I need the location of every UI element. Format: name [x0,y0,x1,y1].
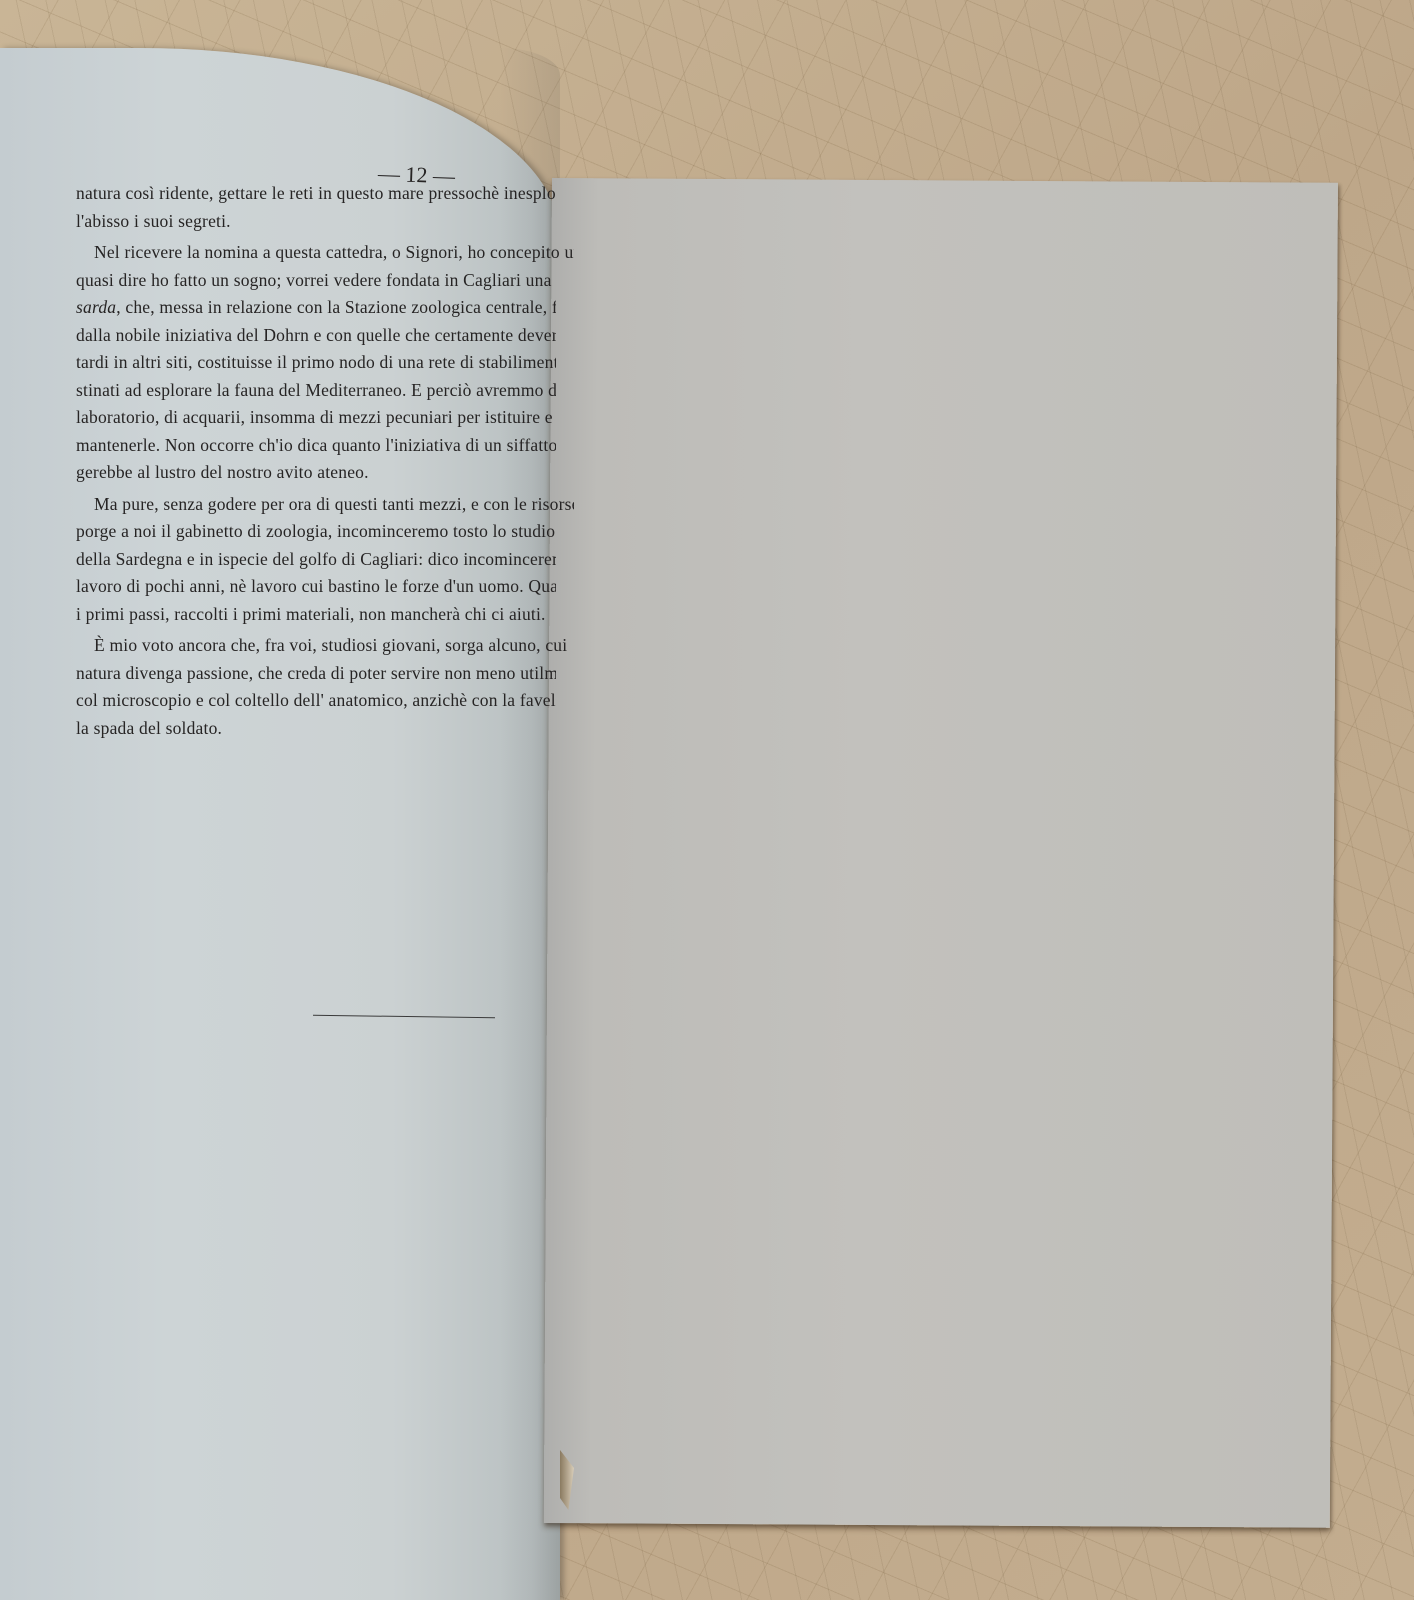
text-line: la spada del soldato. [76,715,556,743]
text-line: natura divenga passione, che creda di po… [76,660,556,688]
text-line-rest: , che, messa in relazione con la Stazion… [116,297,556,317]
text-line: l'abisso i suoi segreti. [76,208,556,236]
paragraph-first-line: Ma pure, senza godere per ora di questi … [76,491,574,519]
text-line: stinati ad esplorare la fauna del Medite… [76,377,556,405]
text-line: quasi dire ho fatto un sogno; vorrei ved… [76,267,556,295]
paragraph-first-line: Nel ricevere la nomina a questa cattedra… [76,239,574,267]
text-line: tardi in altri siti, costituisse il prim… [76,349,556,377]
text-line: della Sardegna e in ispecie del golfo di… [76,546,556,574]
text-line: porge a noi il gabinetto di zoologia, in… [76,518,556,546]
text-line: lavoro di pochi anni, nè lavoro cui bast… [76,573,556,601]
text-line: gerebbe al lustro del nostro avito atene… [76,459,556,487]
text-line: laboratorio, di acquarii, insomma di mez… [76,404,556,432]
page-text: natura così ridente, gettare le reti in … [76,158,556,742]
paragraph-first-line: È mio voto ancora che, fra voi, studiosi… [76,632,574,660]
text-line: mantenerle. Non occorre ch'io dica quant… [76,432,556,460]
text-line-italic-start: sarda, che, messa in relazione con la St… [76,294,556,322]
italic-word: sarda [76,297,116,317]
text-line: i primi passi, raccolti i primi material… [76,601,556,629]
text-line: dalla nobile iniziativa del Dohrn e con … [76,322,556,350]
text-line: col microscopio e col coltello dell' ana… [76,687,556,715]
right-page-blank [544,178,1338,1528]
text-line: natura così ridente, gettare le reti in … [76,180,556,208]
